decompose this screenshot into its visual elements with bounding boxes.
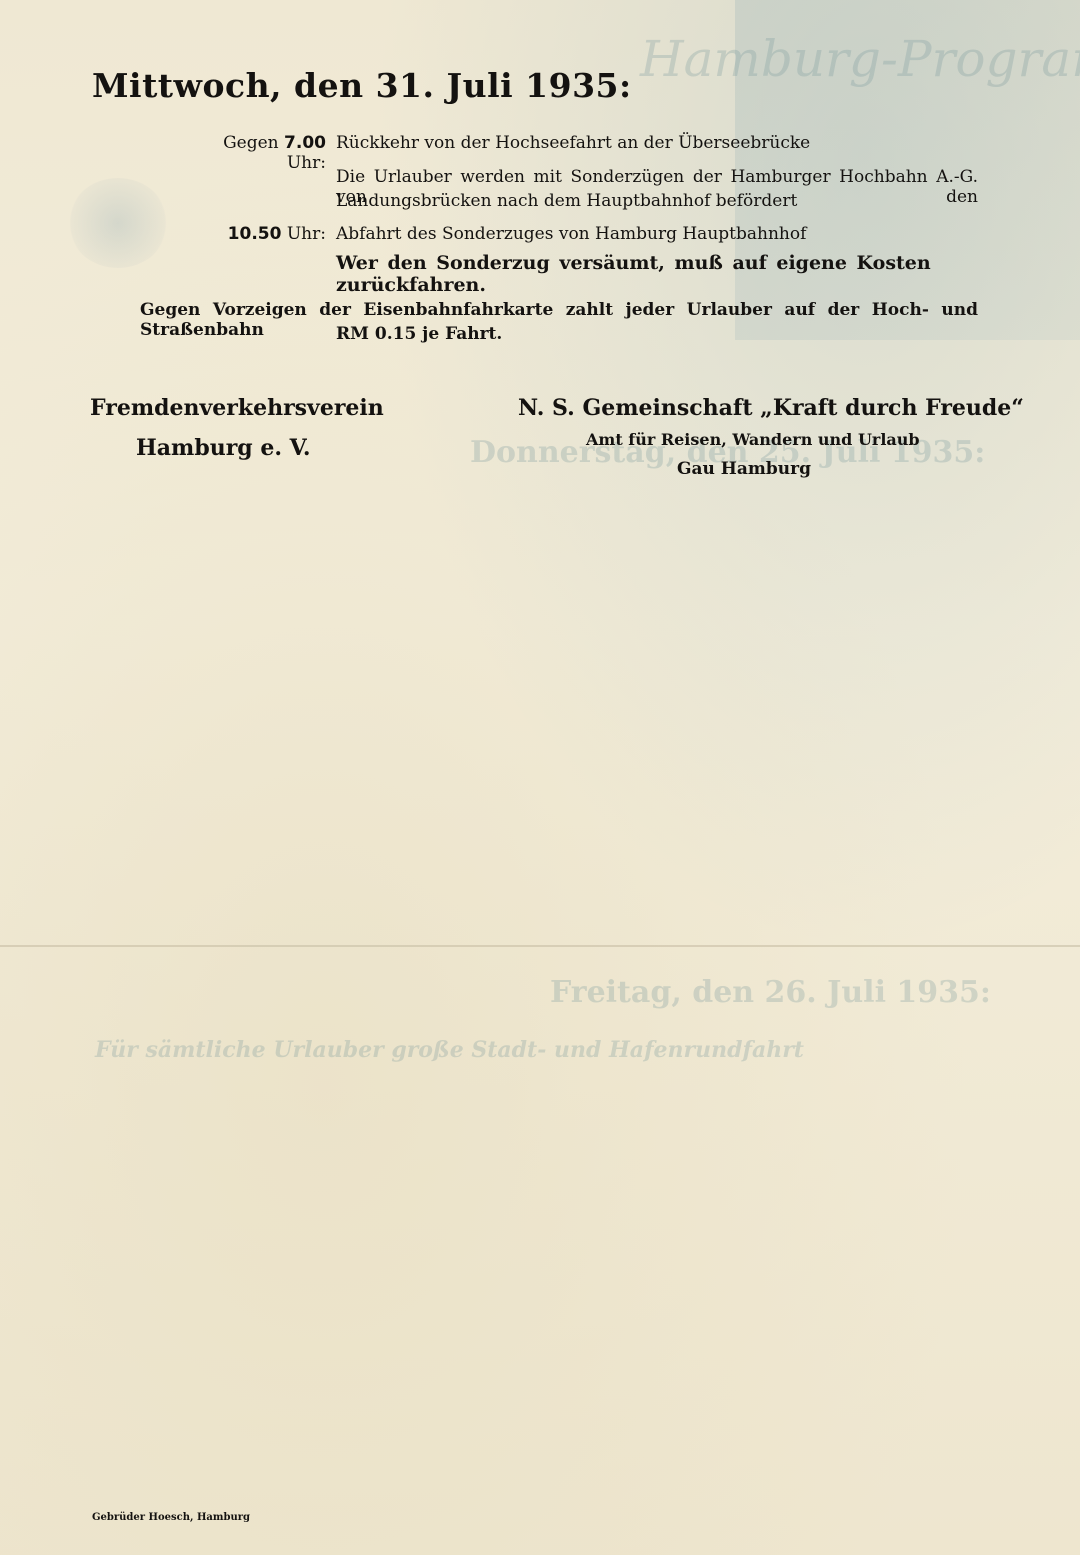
paper-fold (0, 945, 1080, 947)
time-value: 10.50 (228, 224, 282, 244)
time-unit: Uhr: (287, 224, 326, 244)
schedule-time-3: 10.50 Uhr: (190, 224, 326, 244)
bleed-through-emblem (68, 178, 168, 268)
bleed-through-day2: Freitag, den 26. Juli 1935: (550, 975, 991, 1010)
schedule-text-1: Rückkehr von der Hochseefahrt an der Übe… (336, 133, 810, 153)
page-heading: Mittwoch, den 31. Juli 1935: (92, 66, 632, 105)
schedule-text-3: Abfahrt des Sonderzuges von Hamburg Haup… (336, 224, 806, 244)
bleed-through-title: Hamburg-Programm (640, 30, 1080, 88)
missed-train-warning: Wer den Sonderzug versäumt, muß auf eige… (336, 252, 1080, 296)
org-right-name: N. S. Gemeinschaft „Kraft durch Freude“ (518, 395, 1024, 421)
time-unit: Uhr: (287, 153, 326, 173)
schedule-text-2b: Landungsbrücken nach dem Hauptbahnhof be… (336, 191, 797, 211)
org-right-region: Gau Hamburg (677, 459, 811, 479)
org-right-department: Amt für Reisen, Wandern und Urlaub (586, 430, 920, 449)
org-left-name: Fremdenverkehrsverein (90, 395, 384, 421)
time-value: 7.00 (284, 133, 326, 153)
printer-imprint: Gebrüder Hoesch, Hamburg (92, 1512, 250, 1523)
schedule-time-1: Gegen 7.00 Uhr: (190, 133, 326, 173)
bleed-through-day2-sub: Für sämtliche Urlauber große Stadt- und … (95, 1037, 804, 1063)
org-left-city: Hamburg e. V. (136, 435, 311, 461)
fare-line-1: Gegen Vorzeigen der Eisenbahnfahrkarte z… (140, 300, 978, 340)
fare-line-2: RM 0.15 je Fahrt. (336, 324, 502, 344)
time-prefix: Gegen (223, 133, 279, 153)
